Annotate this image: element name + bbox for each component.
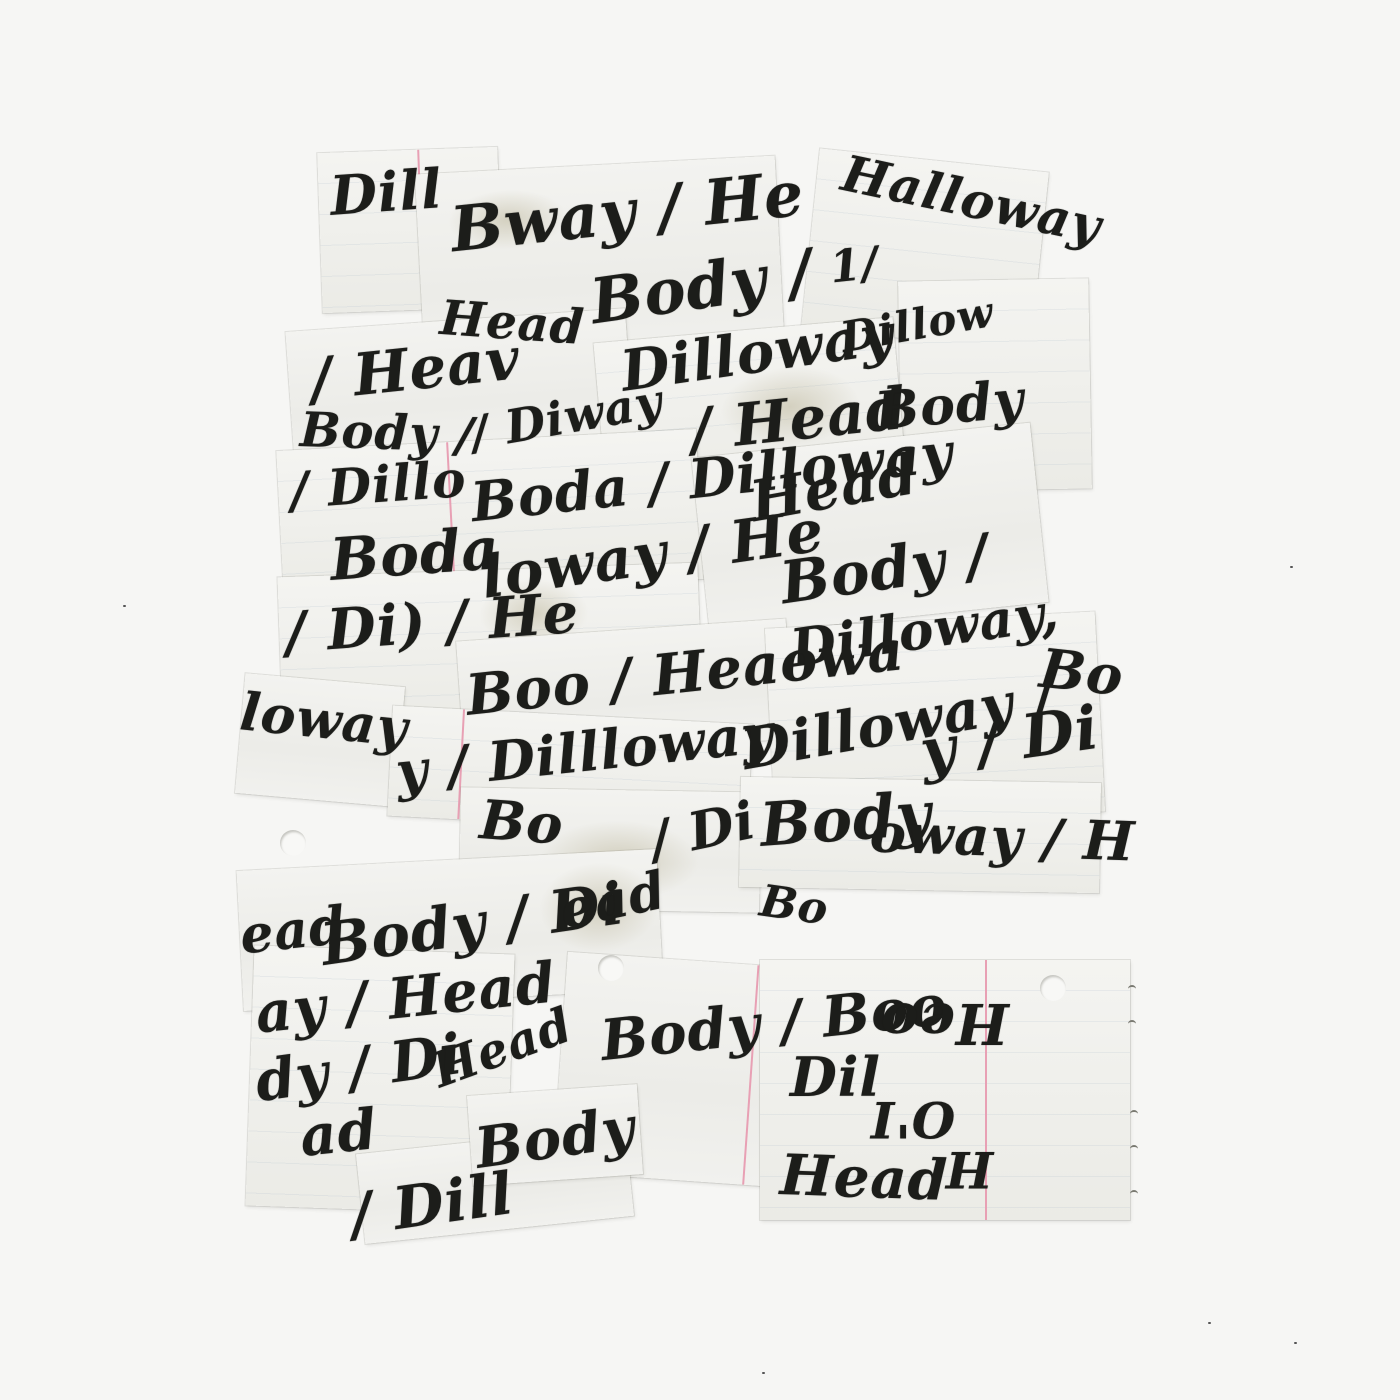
perforation-mark (1130, 1190, 1138, 1198)
handwritten-fragment: Dil (790, 1045, 881, 1109)
handwritten-fragment: / Dillo (288, 449, 468, 520)
perforation-mark (1130, 1145, 1138, 1153)
handwritten-fragment: ad (297, 1096, 381, 1170)
punch-hole (280, 830, 306, 856)
perforation-mark (1130, 1110, 1138, 1118)
ink-speck (123, 605, 126, 607)
ink-speck (1290, 566, 1293, 568)
handwritten-fragment: Heo (880, 990, 1009, 1056)
handwritten-fragment: Bo (757, 875, 832, 935)
handwritten-fragment: 1/ (827, 238, 881, 294)
perforation-mark (1128, 985, 1136, 993)
handwritten-fragment: Head (779, 1142, 949, 1214)
ink-speck (1208, 1322, 1211, 1324)
punch-hole (598, 955, 624, 981)
ink-speck (762, 1372, 765, 1374)
handwritten-fragment: H (945, 1140, 993, 1199)
handwritten-fragment: Bo (478, 787, 566, 857)
perforation-mark (1128, 1020, 1136, 1028)
handwritten-fragment: Dill (328, 156, 445, 228)
punch-hole (1040, 975, 1066, 1001)
handwritten-fragment: oway / H (869, 800, 1136, 873)
paper-collage: Dill Bway / He Head Body / Halloway 1/ D… (0, 0, 1400, 1400)
ink-speck (1294, 1342, 1297, 1344)
handwritten-fragment: O'I (870, 1090, 955, 1149)
handwritten-fragment: Boda (328, 514, 502, 594)
